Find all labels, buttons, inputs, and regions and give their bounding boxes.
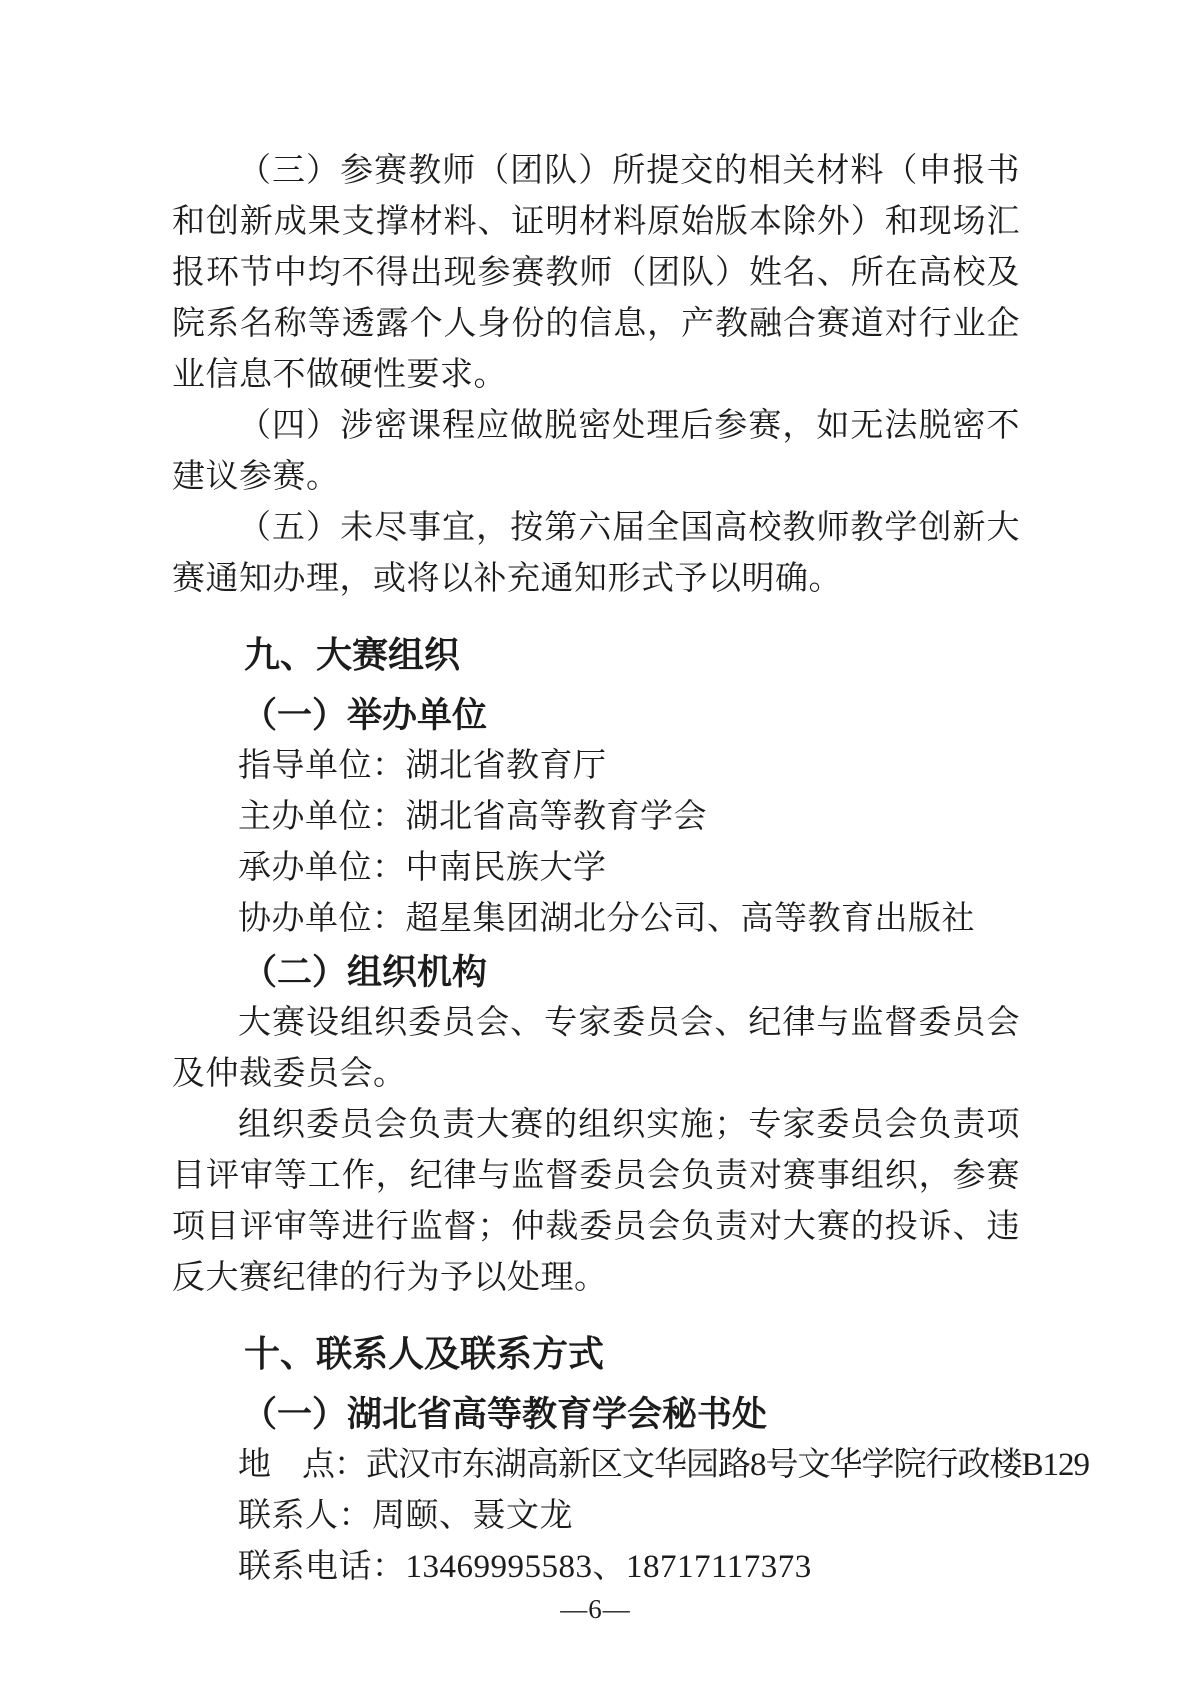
- subsection-heading-9-2: （二）组织机构: [172, 947, 1020, 998]
- section-heading-10: 十、联系人及联系方式: [172, 1328, 1020, 1379]
- paragraph-rule-4: （四）涉密课程应做脱密处理后参赛，如无法脱密不建议参赛。: [172, 401, 1020, 503]
- section-heading-9: 九、大赛组织: [172, 629, 1020, 680]
- subsection-heading-10-1: （一）湖北省高等教育学会秘书处: [172, 1389, 1020, 1440]
- paragraph-rule-3: （三）参赛教师（团队）所提交的相关材料（申报书和创新成果支撑材料、证明材料原始版…: [172, 146, 1020, 401]
- contact-person: 联系人：周颐、聂文龙: [172, 1491, 1020, 1542]
- paragraph-rule-5: （五）未尽事宜，按第六届全国高校教师教学创新大赛通知办理，或将以补充通知形式予以…: [172, 503, 1020, 605]
- paragraph-committees-duties: 组织委员会负责大赛的组织实施；专家委员会负责项目评审等工作，纪律与监督委员会负责…: [172, 1100, 1020, 1304]
- document-body: （三）参赛教师（团队）所提交的相关材料（申报书和创新成果支撑材料、证明材料原始版…: [172, 146, 1020, 1593]
- org-line-guidance: 指导单位：湖北省教育厅: [172, 741, 1020, 792]
- contact-address: 地 点：武汉市东湖高新区文华园路8号文华学院行政楼B129: [172, 1440, 1020, 1491]
- page-number: —6—: [0, 1594, 1191, 1624]
- org-line-co-organizer: 协办单位：超星集团湖北分公司、高等教育出版社: [172, 894, 1020, 945]
- document-page: （三）参赛教师（团队）所提交的相关材料（申报书和创新成果支撑材料、证明材料原始版…: [0, 0, 1191, 1684]
- org-line-organizer: 承办单位：中南民族大学: [172, 843, 1020, 894]
- subsection-heading-9-1: （一）举办单位: [172, 690, 1020, 741]
- paragraph-committees-overview: 大赛设组织委员会、专家委员会、纪律与监督委员会及仲裁委员会。: [172, 998, 1020, 1100]
- contact-phone: 联系电话：13469995583、18717117373: [172, 1542, 1020, 1593]
- org-line-host: 主办单位：湖北省高等教育学会: [172, 792, 1020, 843]
